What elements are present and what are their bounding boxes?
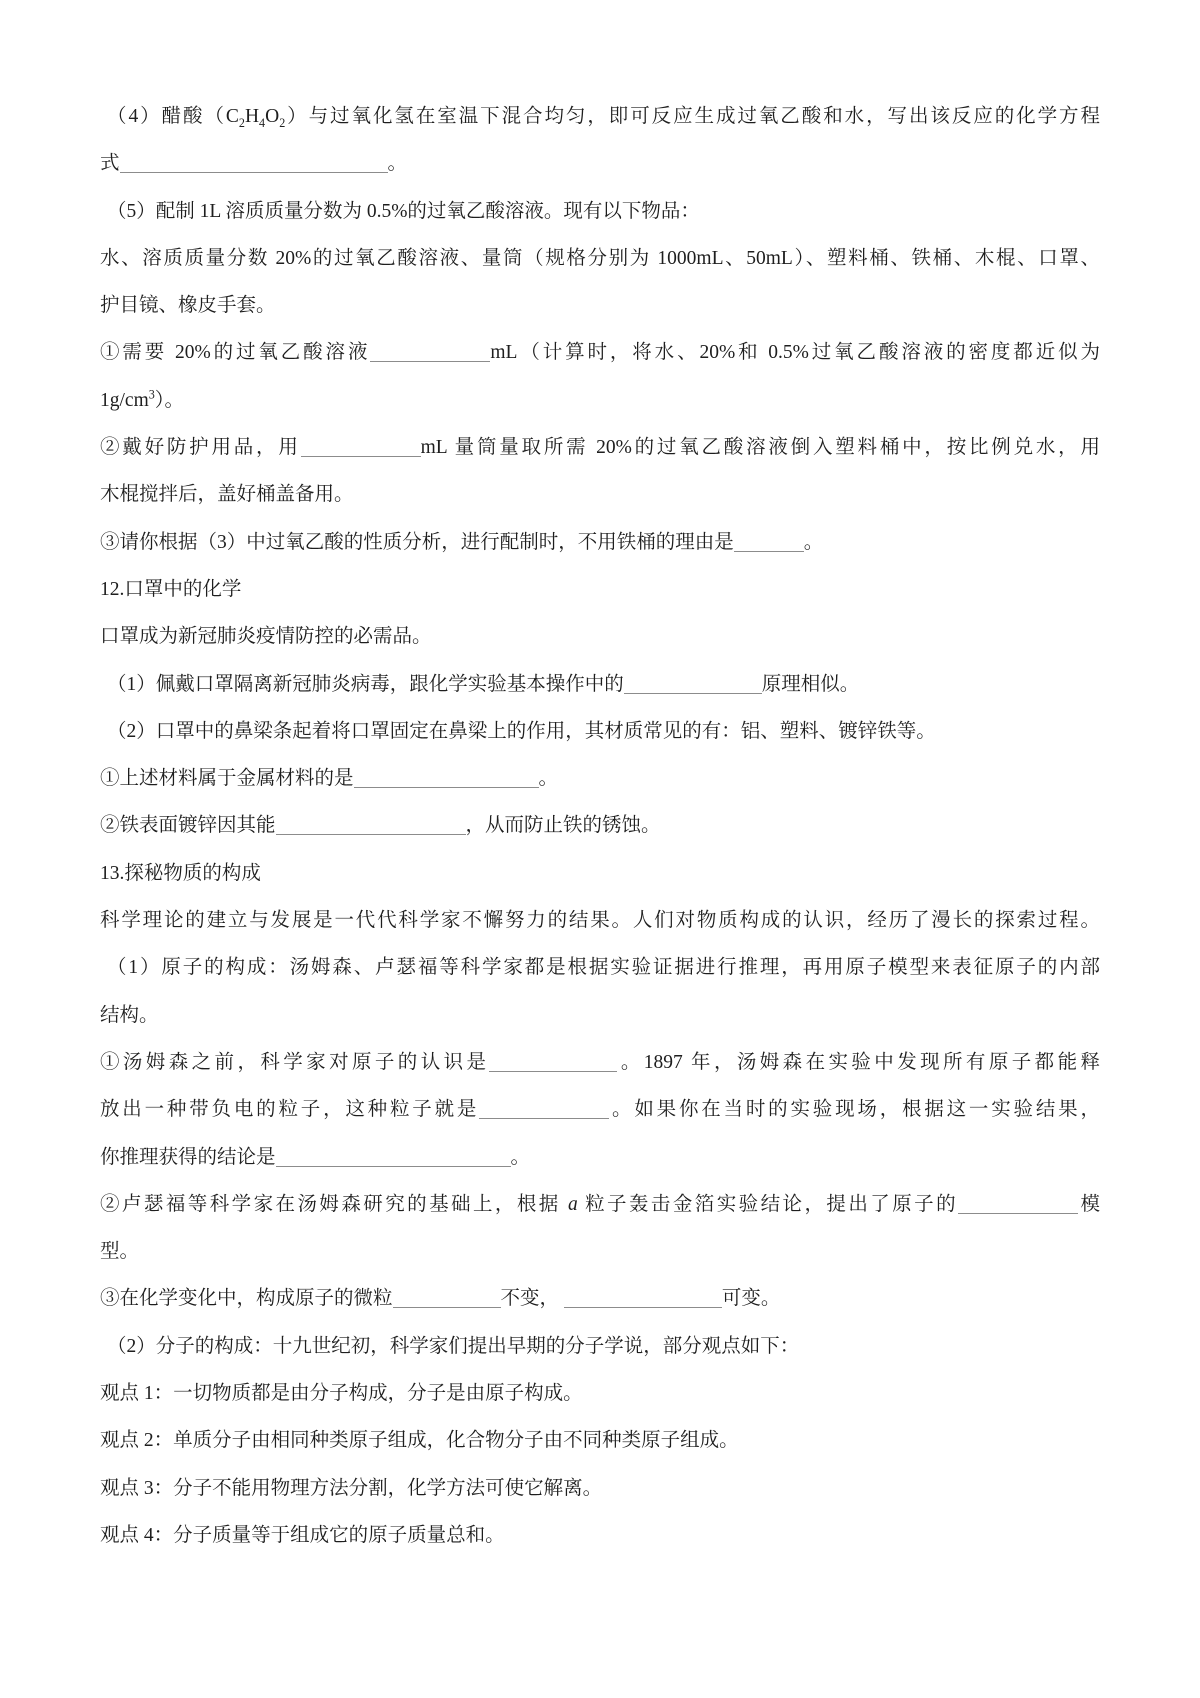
text-segment: 木棍搅拌后，盖好桶盖备用。 [100, 484, 354, 505]
text-segment: ，从而防止铁的锈蚀。 [466, 815, 661, 836]
answer-blank [489, 1051, 617, 1072]
text-segment: 模 [1078, 1194, 1100, 1215]
text-segment: （2）口罩中的鼻梁条起着将口罩固定在鼻梁上的作用，其材质常见的有：铝、塑料、镀锌… [107, 721, 936, 742]
text-segment: ③在化学变化中，构成原子的微粒 [100, 1288, 393, 1309]
text-line: ③在化学变化中，构成原子的微粒不变， 可变。 [100, 1275, 1100, 1322]
text-segment: mL（计算时，将水、20%和 0.5%过氧乙酸溶液的密度都近似为 [490, 342, 1100, 363]
text-segment: O [265, 106, 279, 127]
text-segment: （2）分子的构成：十九世纪初，科学家们提出早期的分子学说，部分观点如下： [107, 1336, 799, 1357]
text-line: 13.探秘物质的构成 [100, 850, 1100, 897]
text-line: 12.口罩中的化学 [100, 566, 1100, 613]
text-segment: 放出一种带负电的粒子，这种粒子就是 [100, 1099, 479, 1120]
text-line: ①需要 20%的过氧乙酸溶液mL（计算时，将水、20%和 0.5%过氧乙酸溶液的… [100, 329, 1100, 376]
text-line: 木棍搅拌后，盖好桶盖备用。 [100, 471, 1100, 518]
text-segment: mL 量筒量取所需 20%的过氧乙酸溶液倒入塑料桶中，按比例兑水，用 [421, 437, 1100, 458]
text-segment: ）。 [155, 390, 184, 411]
text-segment: 观点 2：单质分子由相同种类原子组成，化合物分子由不同种类原子组成。 [100, 1430, 739, 1451]
text-segment: 1g/cm [100, 390, 149, 411]
text-line: ①汤姆森之前，科学家对原子的认识是。1897 年，汤姆森在实验中发现所有原子都能… [100, 1039, 1100, 1086]
text-segment: 。1897 年，汤姆森在实验中发现所有原子都能释 [617, 1052, 1100, 1073]
text-line: 口罩成为新冠肺炎疫情防控的必需品。 [100, 613, 1100, 660]
answer-blank [564, 1288, 722, 1309]
text-segment: H [245, 106, 259, 127]
text-segment: 原理相似。 [762, 674, 860, 695]
text-segment: 科学理论的建立与发展是一代代科学家不懈努力的结果。人们对物质构成的认识，经历了漫… [100, 910, 1100, 931]
text-segment: 观点 1：一切物质都是由分子构成，分子是由原子构成。 [100, 1383, 583, 1404]
text-segment: 可变。 [722, 1288, 781, 1309]
text-segment: 。 [804, 532, 824, 553]
text-line: 观点 1：一切物质都是由分子构成，分子是由原子构成。 [100, 1370, 1100, 1417]
answer-blank [624, 673, 762, 694]
text-segment: 。 [539, 768, 559, 789]
text-segment: ②卢瑟福等科学家在汤姆森研究的基础上，根据 [100, 1194, 568, 1215]
text-line: （1）佩戴口罩隔离新冠肺炎病毒，跟化学实验基本操作中的原理相似。 [100, 661, 1100, 708]
text-line: ②戴好防护用品，用mL 量筒量取所需 20%的过氧乙酸溶液倒入塑料桶中，按比例兑… [100, 424, 1100, 471]
answer-blank [393, 1288, 501, 1309]
text-segment: ）与过氧化氢在室温下混合均匀，即可反应生成过氧乙酸和水，写出该反应的化学方程 [285, 106, 1100, 127]
text-segment: 型。 [100, 1241, 139, 1262]
answer-blank [276, 815, 466, 836]
text-segment: 结构。 [100, 1005, 159, 1026]
text-segment: 式 [100, 153, 120, 174]
text-line: 水、溶质质量分数 20%的过氧乙酸溶液、量筒（规格分别为 1000mL、50mL… [100, 235, 1100, 282]
italic-variable: a [568, 1194, 578, 1215]
text-segment: 粒子轰击金箔实验结论，提出了原子的 [578, 1194, 958, 1215]
text-line: （5）配制 1L 溶质质量分数为 0.5%的过氧乙酸溶液。现有以下物品： [100, 188, 1100, 235]
answer-blank [734, 531, 804, 552]
text-line: 型。 [100, 1228, 1100, 1275]
text-line: ②铁表面镀锌因其能，从而防止铁的锈蚀。 [100, 802, 1100, 849]
text-segment: ①需要 20%的过氧乙酸溶液 [100, 342, 370, 363]
text-segment: 不变， [501, 1288, 564, 1309]
answer-blank [276, 1146, 511, 1167]
document-page: （4）醋酸（C2H4O2）与过氧化氢在室温下混合均匀，即可反应生成过氧乙酸和水，… [0, 0, 1200, 1698]
text-line: 结构。 [100, 992, 1100, 1039]
text-line: 观点 2：单质分子由相同种类原子组成，化合物分子由不同种类原子组成。 [100, 1417, 1100, 1464]
text-line: 观点 4：分子质量等于组成它的原子质量总和。 [100, 1512, 1100, 1559]
text-segment: （4）醋酸（C [107, 106, 239, 127]
text-segment: （1）原子的构成：汤姆森、卢瑟福等科学家都是根据实验证据进行推理，再用原子模型来… [107, 957, 1100, 978]
text-line: ③请你根据（3）中过氧乙酸的性质分析，进行配制时，不用铁桶的理由是。 [100, 519, 1100, 566]
text-segment: 你推理获得的结论是 [100, 1147, 276, 1168]
text-line: （2）口罩中的鼻梁条起着将口罩固定在鼻梁上的作用，其材质常见的有：铝、塑料、镀锌… [100, 708, 1100, 755]
text-segment: （5）配制 1L 溶质质量分数为 0.5%的过氧乙酸溶液。现有以下物品： [107, 201, 700, 222]
answer-blank [370, 342, 490, 363]
text-line: ①上述材料属于金属材料的是。 [100, 755, 1100, 802]
answer-blank [479, 1099, 609, 1120]
answer-blank [354, 768, 539, 789]
answer-blank [120, 153, 388, 174]
text-segment: 。 [388, 153, 408, 174]
answer-blank [301, 437, 421, 458]
text-segment: 观点 3：分子不能用物理方法分割，化学方法可使它解离。 [100, 1478, 602, 1499]
text-line: 护目镜、橡皮手套。 [100, 282, 1100, 329]
text-line: ②卢瑟福等科学家在汤姆森研究的基础上，根据 a 粒子轰击金箔实验结论，提出了原子… [100, 1181, 1100, 1228]
text-line: 你推理获得的结论是。 [100, 1134, 1100, 1181]
text-segment: ②戴好防护用品，用 [100, 437, 301, 458]
text-segment: 护目镜、橡皮手套。 [100, 295, 276, 316]
text-segment: （1）佩戴口罩隔离新冠肺炎病毒，跟化学实验基本操作中的 [107, 674, 624, 695]
text-line: （1）原子的构成：汤姆森、卢瑟福等科学家都是根据实验证据进行推理，再用原子模型来… [100, 944, 1100, 991]
text-segment: ②铁表面镀锌因其能 [100, 815, 276, 836]
text-segment: 观点 4：分子质量等于组成它的原子质量总和。 [100, 1525, 505, 1546]
text-line: 观点 3：分子不能用物理方法分割，化学方法可使它解离。 [100, 1465, 1100, 1512]
text-segment: 水、溶质质量分数 20%的过氧乙酸溶液、量筒（规格分别为 1000mL、50mL… [100, 248, 1100, 269]
text-segment: ③请你根据（3）中过氧乙酸的性质分析，进行配制时，不用铁桶的理由是 [100, 532, 734, 553]
text-segment: 。 [511, 1147, 531, 1168]
text-line: 式。 [100, 140, 1100, 187]
text-line: 科学理论的建立与发展是一代代科学家不懈努力的结果。人们对物质构成的认识，经历了漫… [100, 897, 1100, 944]
answer-blank [958, 1193, 1078, 1214]
text-segment: ①汤姆森之前，科学家对原子的认识是 [100, 1052, 489, 1073]
text-segment: 13.探秘物质的构成 [100, 863, 261, 884]
text-line: 1g/cm3）。 [100, 377, 1100, 424]
text-line: 放出一种带负电的粒子，这种粒子就是。如果你在当时的实验现场，根据这一实验结果， [100, 1086, 1100, 1133]
text-segment: 12.口罩中的化学 [100, 579, 241, 600]
text-segment: 口罩成为新冠肺炎疫情防控的必需品。 [100, 626, 432, 647]
text-segment: ①上述材料属于金属材料的是 [100, 768, 354, 789]
text-line: （2）分子的构成：十九世纪初，科学家们提出早期的分子学说，部分观点如下： [100, 1323, 1100, 1370]
text-segment: 。如果你在当时的实验现场，根据这一实验结果， [609, 1099, 1100, 1120]
text-line: （4）醋酸（C2H4O2）与过氧化氢在室温下混合均匀，即可反应生成过氧乙酸和水，… [100, 93, 1100, 140]
